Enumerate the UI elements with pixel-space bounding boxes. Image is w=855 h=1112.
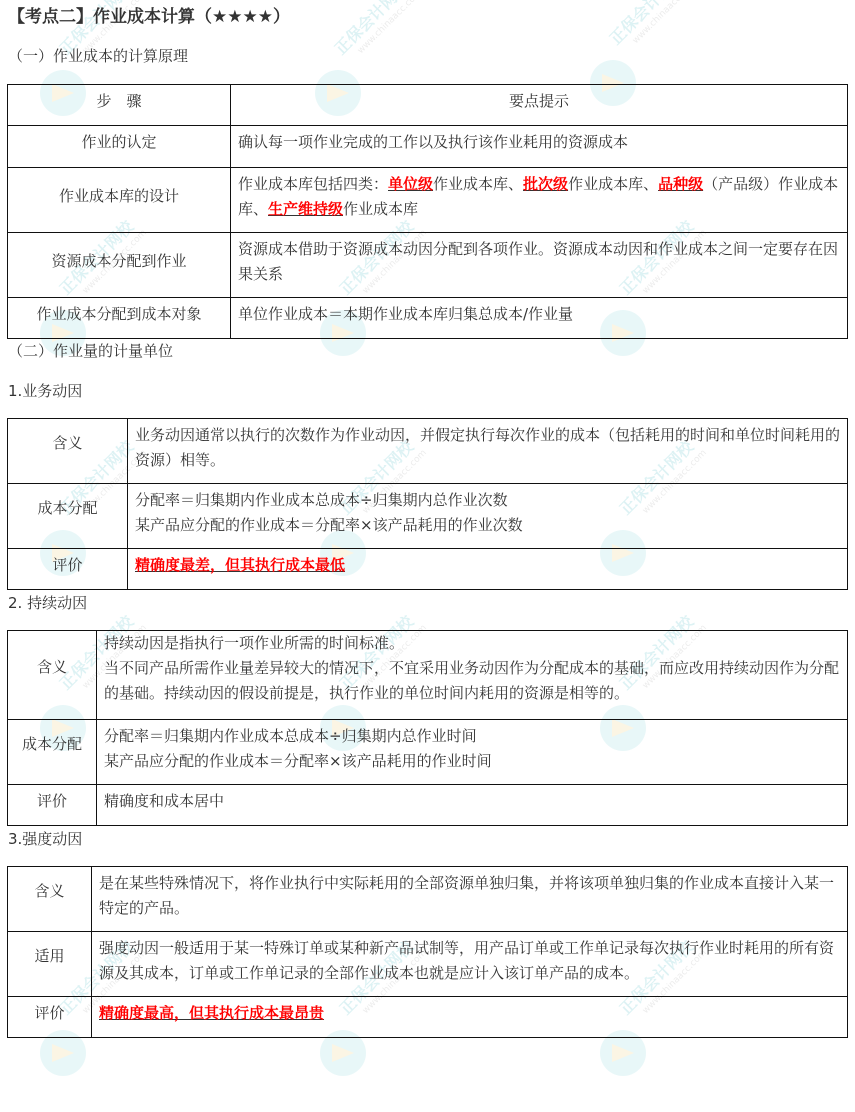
step-cell: 作业成本分配到成本对象 [8, 298, 231, 339]
row-label: 适用 [8, 932, 92, 997]
header-point: 要点提示 [231, 85, 848, 126]
driver2-title: 2. 持续动因 [8, 593, 87, 613]
row-content: 精确度最差，但其执行成本最低 [128, 549, 848, 590]
row-label: 含义 [8, 631, 97, 720]
point-cell: 作业成本库包括四类：单位级作业成本库、批次级作业成本库、品种级（产品级）作业成本… [231, 168, 848, 233]
table-row: 作业成本库的设计 作业成本库包括四类：单位级作业成本库、批次级作业成本库、品种级… [8, 168, 848, 233]
row-label: 评价 [8, 997, 92, 1038]
row-label: 评价 [8, 549, 128, 590]
table-row: 评价 精确度最差，但其执行成本最低 [8, 549, 848, 590]
intensity-driver-table: 含义 是在某些特殊情况下，将作业执行中实际耗用的全部资源单独归集，并将该项单独归… [7, 866, 848, 1038]
table-row: 含义 业务动因通常以执行的次数作为作业动因，并假定执行每次作业的成本（包括耗用的… [8, 419, 848, 484]
row-content: 是在某些特殊情况下，将作业执行中实际耗用的全部资源单独归集，并将该项单独归集的作… [92, 867, 848, 932]
table-row: 资源成本分配到作业 资源成本借助于资源成本动因分配到各项作业。资源成本动因和作业… [8, 233, 848, 298]
emphasis-text: 精确度最差，但其执行成本最低 [135, 556, 345, 574]
row-label: 含义 [8, 419, 128, 484]
row-content: 强度动因一般适用于某一特殊订单或某种新产品试制等，用产品订单或工作单记录每次执行… [92, 932, 848, 997]
emphasis-text: 精确度最高，但其执行成本最昂贵 [99, 1004, 324, 1022]
row-content: 持续动因是指执行一项作业所需的时间标准。当不同产品所需作业量差异较大的情况下，不… [97, 631, 848, 720]
driver3-title: 3.强度动因 [8, 829, 82, 849]
row-content: 业务动因通常以执行的次数作为作业动因，并假定执行每次作业的成本（包括耗用的时间和… [128, 419, 848, 484]
row-content: 精确度最高，但其执行成本最昂贵 [92, 997, 848, 1038]
point-cell: 资源成本借助于资源成本动因分配到各项作业。资源成本动因和作业成本之间一定要存在因… [231, 233, 848, 298]
step-cell: 作业的认定 [8, 126, 231, 168]
section1-heading: （一）作业成本的计算原理 [8, 46, 188, 66]
point-cell: 确认每一项作业完成的工作以及执行该作业耗用的资源成本 [231, 126, 848, 168]
page-title: 【考点二】作业成本计算（★★★★） [8, 6, 290, 28]
emphasis-text: 品种级 [658, 175, 703, 193]
table-row: 含义 是在某些特殊情况下，将作业执行中实际耗用的全部资源单独归集，并将该项单独归… [8, 867, 848, 932]
row-label: 含义 [8, 867, 92, 932]
calc-principle-table: 步 骤 要点提示 作业的认定 确认每一项作业完成的工作以及执行该作业耗用的资源成… [7, 84, 848, 339]
emphasis-text: 生产维持级 [268, 200, 343, 218]
table-row: 适用 强度动因一般适用于某一特殊订单或某种新产品试制等，用产品订单或工作单记录每… [8, 932, 848, 997]
header-step: 步 骤 [8, 85, 231, 126]
emphasis-text: 单位级 [388, 175, 433, 193]
table-row: 作业的认定 确认每一项作业完成的工作以及执行该作业耗用的资源成本 [8, 126, 848, 168]
section2-heading: （二）作业量的计量单位 [8, 341, 173, 361]
transaction-driver-table: 含义 业务动因通常以执行的次数作为作业动因，并假定执行每次作业的成本（包括耗用的… [7, 418, 848, 590]
point-cell: 单位作业成本＝本期作业成本库归集总成本/作业量 [231, 298, 848, 339]
duration-driver-table: 含义 持续动因是指执行一项作业所需的时间标准。当不同产品所需作业量差异较大的情况… [7, 630, 848, 826]
driver1-title: 1.业务动因 [8, 381, 82, 401]
table-row: 成本分配 分配率＝归集期内作业成本总成本÷归集期内总作业次数某产品应分配的作业成… [8, 484, 848, 549]
step-cell: 资源成本分配到作业 [8, 233, 231, 298]
step-cell: 作业成本库的设计 [8, 168, 231, 233]
table-row: 评价 精确度和成本居中 [8, 785, 848, 826]
emphasis-text: 批次级 [523, 175, 568, 193]
row-label: 成本分配 [8, 720, 97, 785]
table-row: 成本分配 分配率＝归集期内作业成本总成本÷归集期内总作业时间某产品应分配的作业成… [8, 720, 848, 785]
row-content: 分配率＝归集期内作业成本总成本÷归集期内总作业次数某产品应分配的作业成本＝分配率… [128, 484, 848, 549]
table-row: 评价 精确度最高，但其执行成本最昂贵 [8, 997, 848, 1038]
row-label: 成本分配 [8, 484, 128, 549]
table-row: 含义 持续动因是指执行一项作业所需的时间标准。当不同产品所需作业量差异较大的情况… [8, 631, 848, 720]
row-label: 评价 [8, 785, 97, 826]
table-header-row: 步 骤 要点提示 [8, 85, 848, 126]
row-content: 分配率＝归集期内作业成本总成本÷归集期内总作业时间某产品应分配的作业成本＝分配率… [97, 720, 848, 785]
table-row: 作业成本分配到成本对象 单位作业成本＝本期作业成本库归集总成本/作业量 [8, 298, 848, 339]
row-content: 精确度和成本居中 [97, 785, 848, 826]
